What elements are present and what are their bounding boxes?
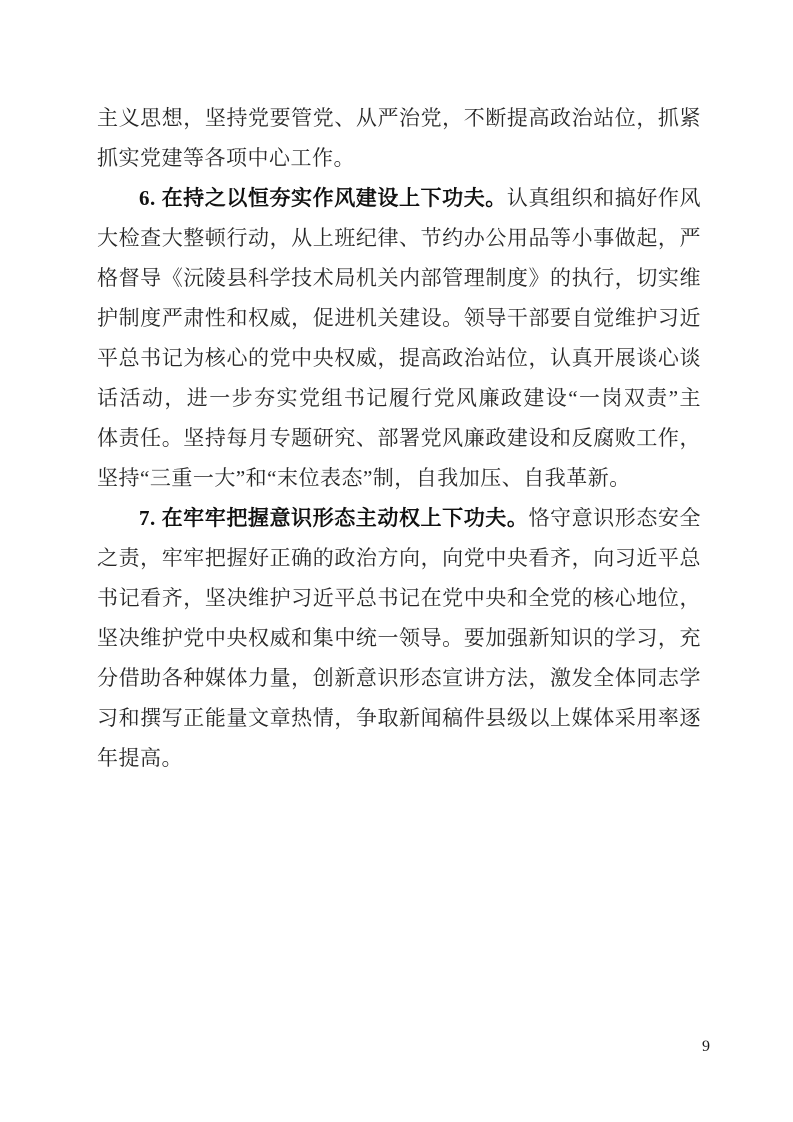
text-line: 7. 在牢牢把握意识形态主动权上下功夫。恪守意识形态安全 (97, 498, 701, 538)
line-text: 年提高。 (97, 746, 183, 770)
line-text: 坚持“三重一大”和“末位表态”制，自我加压、自我革新。 (97, 466, 631, 490)
text-line: 坚持“三重一大”和“末位表态”制，自我加压、自我革新。 (97, 458, 701, 498)
page-number: 9 (689, 1036, 723, 1058)
text-line: 之责，牢牢把握好正确的政治方向，向党中央看齐，向习近平总 (97, 538, 701, 578)
text-line: 格督导《沅陵县科学技术局机关内部管理制度》的执行，切实维 (97, 258, 701, 298)
text-line: 年提高。 (97, 738, 701, 778)
text-line: 坚决维护党中央权威和集中统一领导。要加强新知识的学习，充 (97, 618, 701, 658)
text-line: 话活动，进一步夯实党组书记履行党风廉政建设“一岗双责”主 (97, 378, 701, 418)
line-text: 大检查大整顿行动，从上班纪律、节约办公用品等小事做起，严 (97, 226, 701, 250)
line-text: 主义思想，坚持党要管党、从严治党，不断提高政治站位，抓紧 (97, 106, 701, 130)
line-text: 抓实党建等各项中心工作。 (97, 146, 355, 170)
document-body: 主义思想，坚持党要管党、从严治党，不断提高政治站位，抓紧 抓实党建等各项中心工作… (97, 98, 701, 778)
line-text: 平总书记为核心的党中央权威，提高政治站位，认真开展谈心谈 (97, 346, 701, 370)
document-page: 主义思想，坚持党要管党、从严治党，不断提高政治站位，抓紧 抓实党建等各项中心工作… (0, 0, 793, 1122)
line-text: 分借助各种媒体力量，创新意识形态宣讲方法，激发全体同志学 (97, 666, 701, 690)
text-line: 大检查大整顿行动，从上班纪律、节约办公用品等小事做起，严 (97, 218, 701, 258)
text-line: 体责任。坚持每月专题研究、部署党风廉政建设和反腐败工作， (97, 418, 701, 458)
line-text: 体责任。坚持每月专题研究、部署党风廉政建设和反腐败工作， (97, 426, 701, 450)
text-line: 护制度严肃性和权威，促进机关建设。领导干部要自觉维护习近 (97, 298, 701, 338)
line-text: 护制度严肃性和权威，促进机关建设。领导干部要自觉维护习近 (97, 306, 701, 330)
line-text: 话活动，进一步夯实党组书记履行党风廉政建设“一岗双责”主 (97, 386, 701, 410)
line-text: 坚决维护党中央权威和集中统一领导。要加强新知识的学习，充 (97, 626, 701, 650)
line-text: 恪守意识形态安全 (528, 506, 701, 530)
paragraph-7-heading: 7. 在牢牢把握意识形态主动权上下功夫。 (139, 506, 528, 530)
line-text: 格督导《沅陵县科学技术局机关内部管理制度》的执行，切实维 (97, 266, 701, 290)
text-line: 习和撰写正能量文章热情，争取新闻稿件县级以上媒体采用率逐 (97, 698, 701, 738)
text-line: 分借助各种媒体力量，创新意识形态宣讲方法，激发全体同志学 (97, 658, 701, 698)
line-text: 之责，牢牢把握好正确的政治方向，向党中央看齐，向习近平总 (97, 546, 701, 570)
text-line: 主义思想，坚持党要管党、从严治党，不断提高政治站位，抓紧 (97, 98, 701, 138)
text-line: 抓实党建等各项中心工作。 (97, 138, 701, 178)
line-text: 习和撰写正能量文章热情，争取新闻稿件县级以上媒体采用率逐 (97, 706, 701, 730)
paragraph-6-heading: 6. 在持之以恒夯实作风建设上下功夫。 (139, 186, 507, 210)
text-line: 6. 在持之以恒夯实作风建设上下功夫。认真组织和搞好作风 (97, 178, 701, 218)
text-line: 平总书记为核心的党中央权威，提高政治站位，认真开展谈心谈 (97, 338, 701, 378)
line-text: 书记看齐，坚决维护习近平总书记在党中央和全党的核心地位， (97, 586, 701, 610)
text-line: 书记看齐，坚决维护习近平总书记在党中央和全党的核心地位， (97, 578, 701, 618)
line-text: 认真组织和搞好作风 (507, 186, 701, 210)
